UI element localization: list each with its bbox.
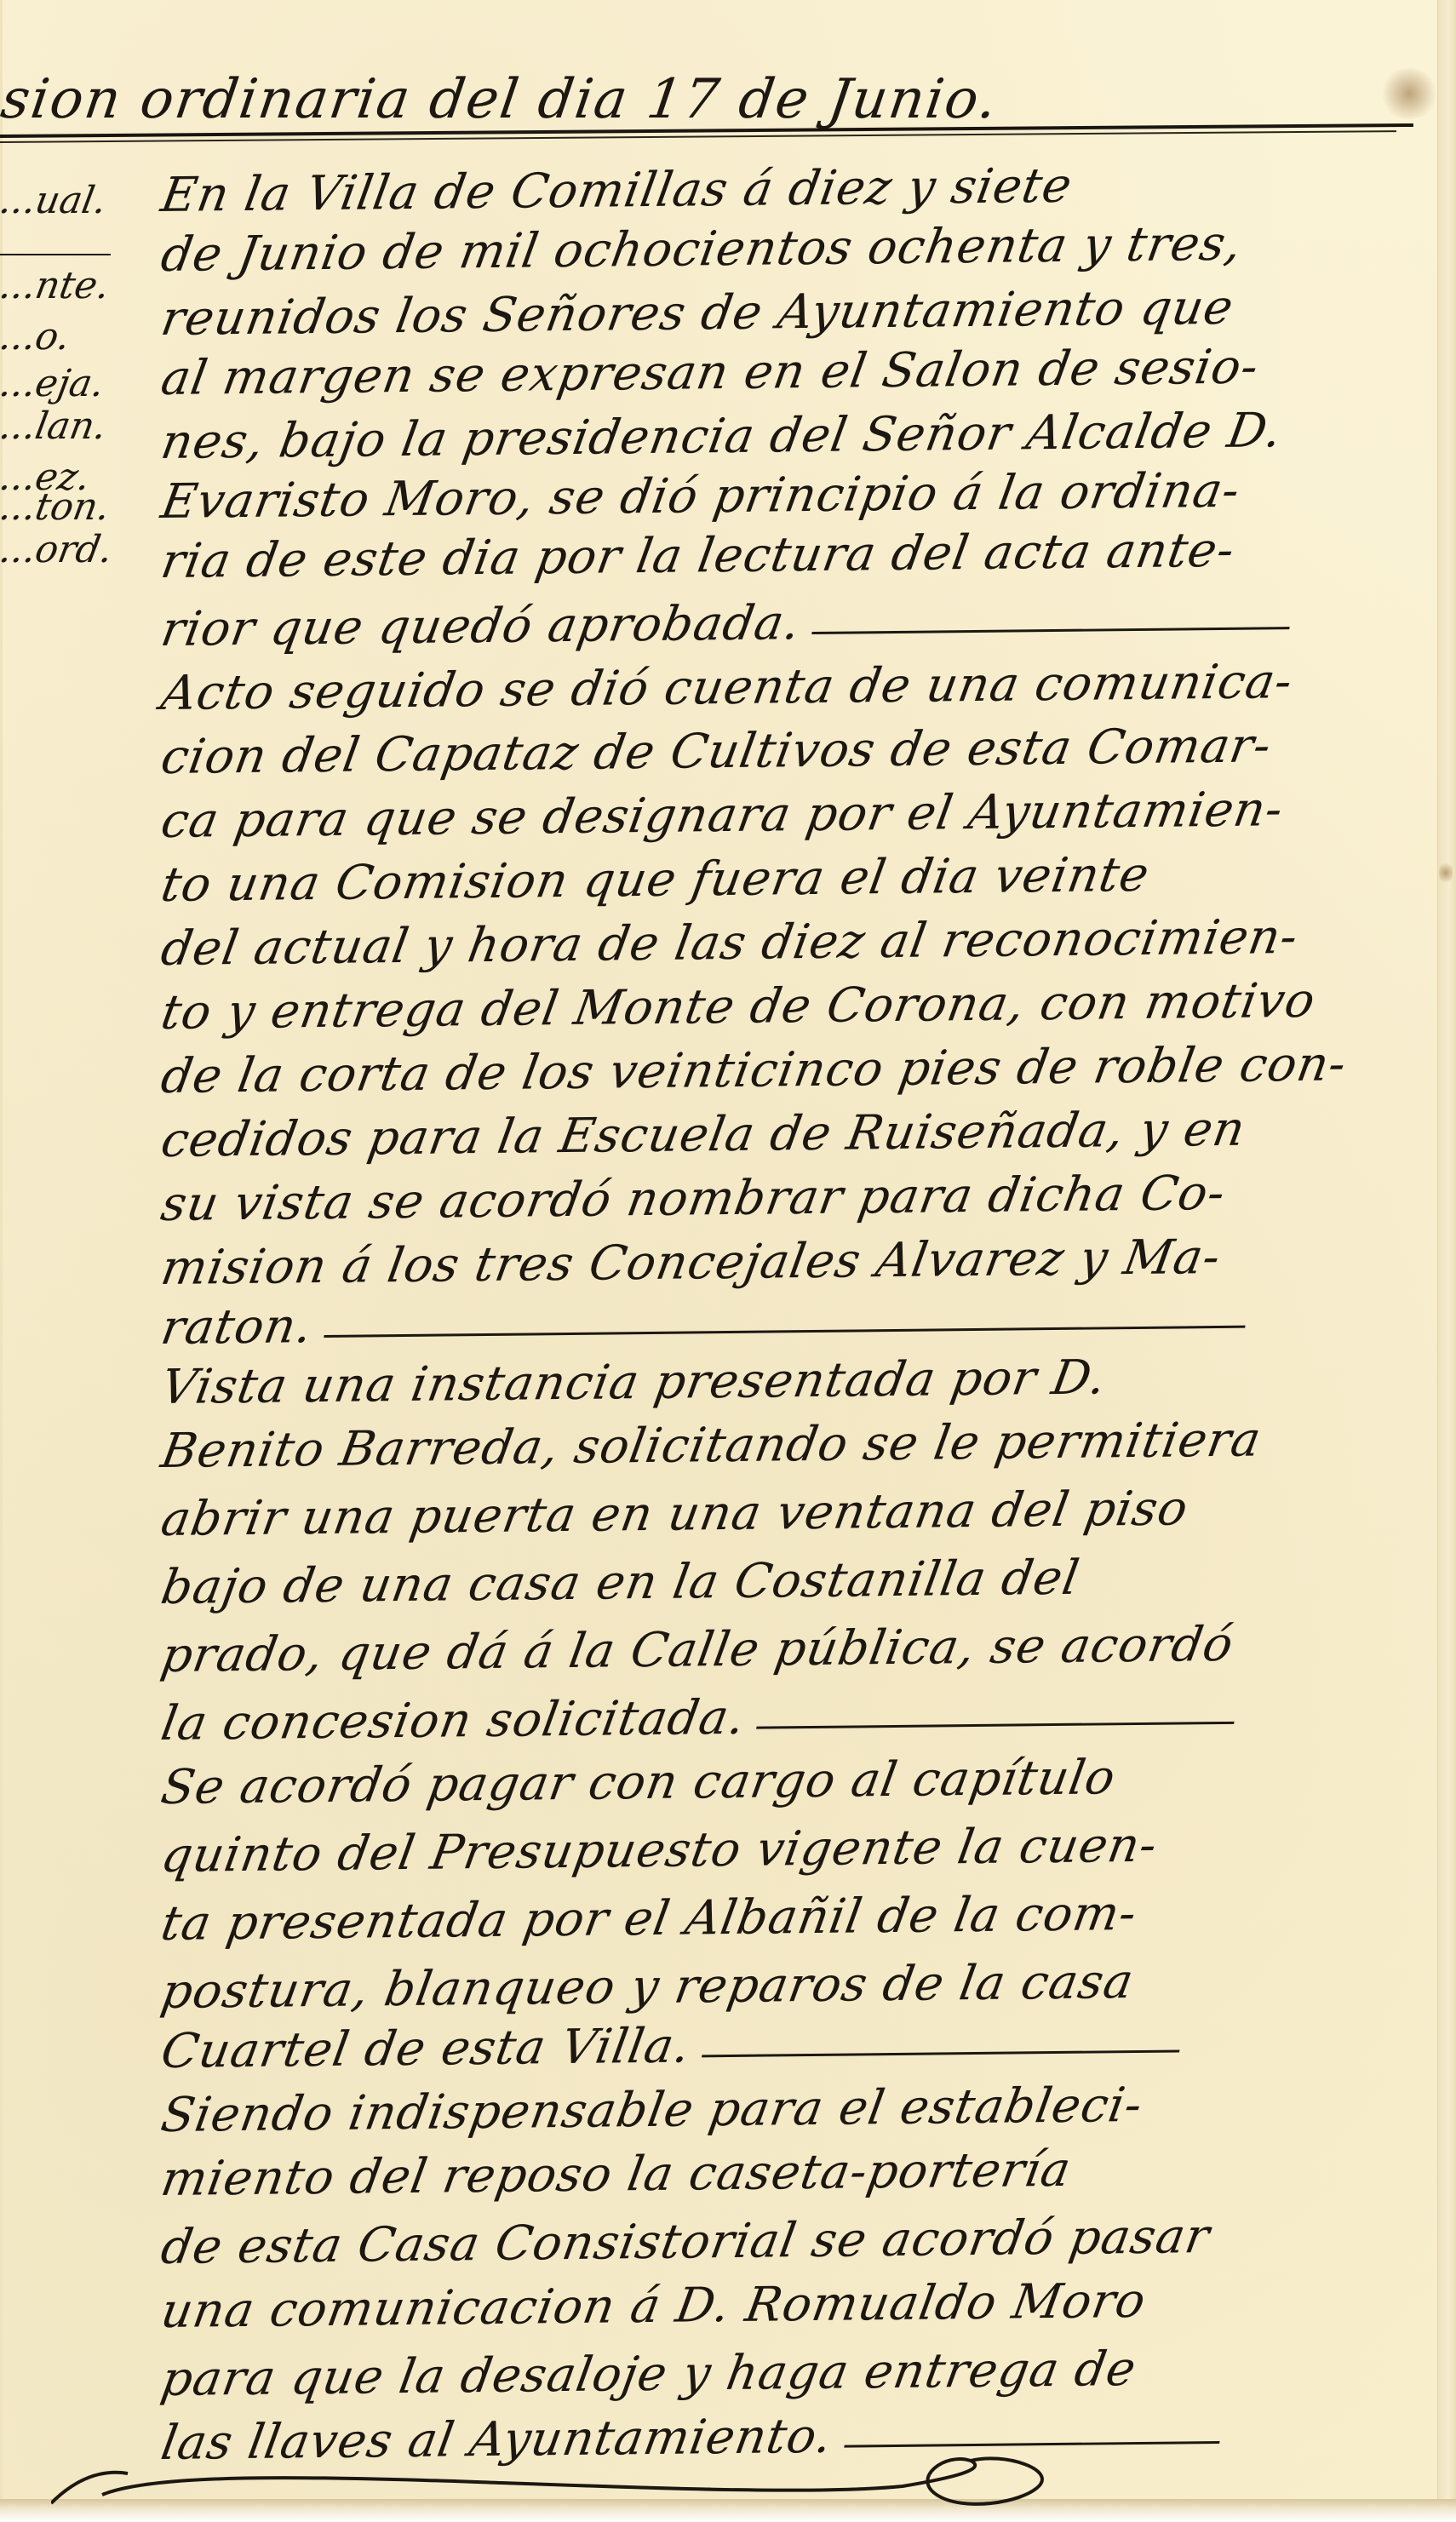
page-title: sion ordinaria del dia 17 de Junio.	[0, 68, 1002, 131]
session-header: sion ordinaria del dia 17 de Junio.	[0, 34, 1405, 128]
text-line: Benito Barreda, solicitando se le permit…	[156, 1407, 1266, 1486]
closing-flourish-icon	[51, 2452, 1328, 2520]
page-binding-edge	[1437, 0, 1456, 2503]
margin-name: ...ton.	[0, 485, 113, 529]
text-line: quinto del Presupuesto vigente la cuen-	[156, 1812, 1162, 1890]
text-line: ria de este dia por la lectura del acta …	[156, 517, 1240, 596]
text-line: Se acordó pagar con cargo al capítulo	[156, 1744, 1121, 1822]
text-line-text: la concesion solicitada.	[158, 1690, 749, 1751]
margin-name: ...o.	[0, 315, 73, 358]
line-end-rule	[844, 2441, 1219, 2448]
margin-name: ...lan.	[0, 404, 110, 448]
line-end-rule	[702, 2049, 1180, 2057]
text-line-text: raton.	[158, 1298, 317, 1356]
ink-stain	[1439, 860, 1453, 886]
line-end-rule	[757, 1722, 1235, 1729]
margin-underline	[0, 254, 111, 255]
text-line: bajo de una casa en la Costanilla del	[156, 1545, 1084, 1622]
text-line: miento del reposo la caseta-portería	[156, 2136, 1075, 2214]
line-end-rule	[324, 1326, 1245, 1338]
text-line-text: rior que quedó aprobada.	[158, 595, 805, 657]
text-line: abrir una puerta en una ventana del piso	[156, 1475, 1193, 1554]
text-line: prado, que dá á la Calle pública, se aco…	[156, 1611, 1238, 1690]
margin-name: ...nte.	[0, 264, 113, 307]
margin-name: ...ual.	[0, 179, 110, 222]
margin-name: ...ord.	[0, 528, 116, 571]
text-line: ta presentada por el Albañil de la com-	[156, 1880, 1142, 1958]
text-line-text: Cuartel de esta Villa.	[158, 2019, 695, 2079]
line-end-rule	[811, 627, 1290, 634]
margin-name: ...eja.	[0, 362, 107, 405]
text-line: una comunicacion á D. Romualdo Moro	[156, 2267, 1150, 2346]
